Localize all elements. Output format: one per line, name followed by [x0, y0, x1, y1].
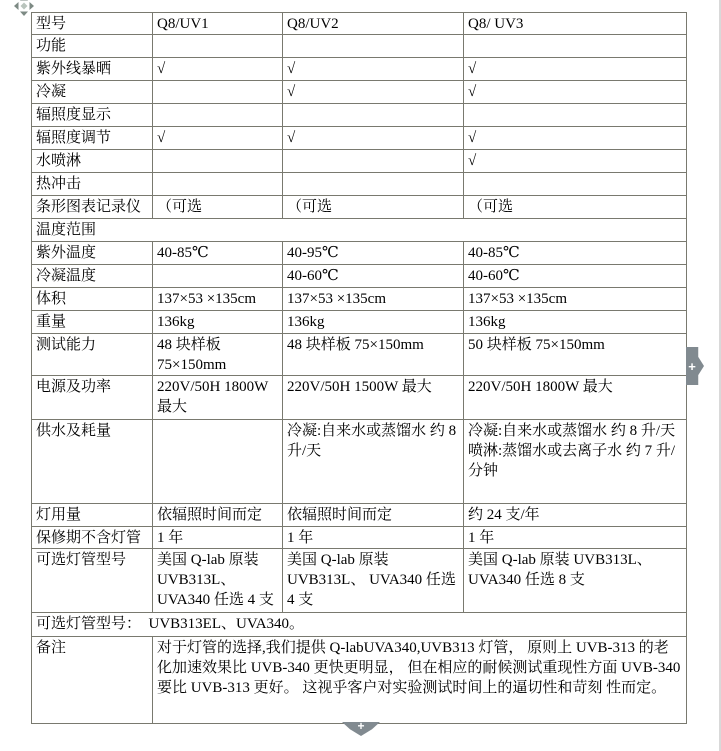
cell	[283, 35, 464, 58]
table-row: 可选灯管型号： UVB313EL、UVA340。	[32, 613, 687, 637]
cell	[464, 104, 687, 127]
row-label: 保修期不含灯管	[32, 527, 153, 549]
table-row: 紫外温度 40-85℃ 40-95℃ 40-85℃	[32, 242, 687, 265]
checkmark-cell: √	[464, 127, 687, 150]
cell: 136kg	[153, 311, 283, 334]
remarks-text: 对于灯管的选择,我们提供 Q-labUVA340,UVB313 灯管， 原则上 …	[153, 637, 687, 724]
cell: 美国 Q-lab 原装 UVB313L、 UVA340 任选 8 支	[464, 549, 687, 613]
cell: 冷凝:自来水或蒸馏水 约 8 升/天	[283, 420, 464, 504]
table-row: 供水及耗量 冷凝:自来水或蒸馏水 约 8 升/天 冷凝:自来水或蒸馏水 约 8 …	[32, 420, 687, 504]
row-label: 条形图表记录仪	[32, 196, 153, 219]
row-label: 灯用量	[32, 504, 153, 527]
table-row: 保修期不含灯管 1 年 1 年 1 年	[32, 527, 687, 549]
cell: 137×53 ×135cm	[464, 288, 687, 311]
table-row: 冷凝温度 40-60℃ 40-60℃	[32, 265, 687, 288]
cell: 137×53 ×135cm	[283, 288, 464, 311]
table-row: 冷凝 √ √	[32, 81, 687, 104]
cell: 48 块样板 75×150mm	[153, 334, 283, 376]
cell: 1 年	[283, 527, 464, 549]
cell: 50 块样板 75×150mm	[464, 334, 687, 376]
cell: 40-95℃	[283, 242, 464, 265]
cell: 220V/50H 1500W 最大	[283, 376, 464, 420]
header-uv3: Q8/ UV3	[464, 13, 687, 35]
section-header-temp-range: 温度范围	[32, 219, 687, 242]
table-row: 条形图表记录仪 （可选 （可选 （可选	[32, 196, 687, 219]
row-label: 供水及耗量	[32, 420, 153, 504]
cell: 美国 Q-lab 原装 UVB313L、UVA340 任选 4 支	[153, 549, 283, 613]
cell: 40-60℃	[283, 265, 464, 288]
table-row: 重量 136kg 136kg 136kg	[32, 311, 687, 334]
row-label: 备注	[32, 637, 153, 724]
cell	[153, 150, 283, 173]
row-label: 冷凝温度	[32, 265, 153, 288]
cell: 40-60℃	[464, 265, 687, 288]
cell: 1 年	[153, 527, 283, 549]
header-uv2: Q8/UV2	[283, 13, 464, 35]
cell: 约 24 支/年	[464, 504, 687, 527]
row-label: 辐照度显示	[32, 104, 153, 127]
cell: 136kg	[464, 311, 687, 334]
row-label: 重量	[32, 311, 153, 334]
expand-down-button[interactable]: +	[342, 722, 380, 736]
table-row: 紫外线暴晒 √ √ √	[32, 58, 687, 81]
row-label: 辐照度调节	[32, 127, 153, 150]
cell	[153, 420, 283, 504]
cell	[283, 150, 464, 173]
cell: 48 块样板 75×150mm	[283, 334, 464, 376]
row-label: 测试能力	[32, 334, 153, 376]
checkmark-cell: √	[464, 81, 687, 104]
cell	[153, 35, 283, 58]
table-row: 可选灯管型号 美国 Q-lab 原装 UVB313L、UVA340 任选 4 支…	[32, 549, 687, 613]
cell: 美国 Q-lab 原装 UVB313L、 UVA340 任选 4 支	[283, 549, 464, 613]
cell: 1 年	[464, 527, 687, 549]
row-label: 可选灯管型号	[32, 549, 153, 613]
table-row: 热冲击	[32, 173, 687, 196]
table-row: 温度范围	[32, 219, 687, 242]
cell: （可选	[153, 196, 283, 219]
table-row: 测试能力 48 块样板 75×150mm 48 块样板 75×150mm 50 …	[32, 334, 687, 376]
expand-right-button[interactable]: +	[686, 347, 704, 385]
cell: 136kg	[283, 311, 464, 334]
row-label: 紫外线暴晒	[32, 58, 153, 81]
row-label: 热冲击	[32, 173, 153, 196]
table-row: 灯用量 依辐照时间而定 依辐照时间而定 约 24 支/年	[32, 504, 687, 527]
cell: （可选	[283, 196, 464, 219]
table-row: 辐照度显示	[32, 104, 687, 127]
cell: 220V/50H 1800W 最大	[153, 376, 283, 420]
cell	[153, 265, 283, 288]
row-label: 紫外温度	[32, 242, 153, 265]
cell	[283, 173, 464, 196]
header-uv1: Q8/UV1	[153, 13, 283, 35]
checkmark-cell: √	[153, 127, 283, 150]
cell: 40-85℃	[153, 242, 283, 265]
cell: 137×53 ×135cm	[153, 288, 283, 311]
checkmark-cell: √	[464, 58, 687, 81]
table-row: 备注 对于灯管的选择,我们提供 Q-labUVA340,UVB313 灯管， 原…	[32, 637, 687, 724]
table-row: 辐照度调节 √ √ √	[32, 127, 687, 150]
cell	[153, 173, 283, 196]
row-label: 体积	[32, 288, 153, 311]
row-label: 功能	[32, 35, 153, 58]
checkmark-cell: √	[153, 58, 283, 81]
table-row: 型号 Q8/UV1 Q8/UV2 Q8/ UV3	[32, 13, 687, 35]
checkmark-cell: √	[283, 127, 464, 150]
spec-table: 型号 Q8/UV1 Q8/UV2 Q8/ UV3 功能 紫外线暴晒 √ √ √ …	[31, 12, 687, 724]
row-label: 电源及功率	[32, 376, 153, 420]
row-label: 水喷淋	[32, 150, 153, 173]
cell: 冷凝:自来水或蒸馏水 约 8 升/天 喷淋:蒸馏水或去离子水 约 7 升/分钟	[464, 420, 687, 504]
checkmark-cell: √	[464, 150, 687, 173]
table-row: 水喷淋 √	[32, 150, 687, 173]
checkmark-cell: √	[283, 58, 464, 81]
header-model-label: 型号	[32, 13, 153, 35]
table-row: 体积 137×53 ×135cm 137×53 ×135cm 137×53 ×1…	[32, 288, 687, 311]
cell	[153, 104, 283, 127]
cell: 220V/50H 1800W 最大	[464, 376, 687, 420]
checkmark-cell: √	[283, 81, 464, 104]
cell: 依辐照时间而定	[153, 504, 283, 527]
cell: 依辐照时间而定	[283, 504, 464, 527]
lamp-models-note: 可选灯管型号： UVB313EL、UVA340。	[32, 613, 687, 637]
table-row: 电源及功率 220V/50H 1800W 最大 220V/50H 1500W 最…	[32, 376, 687, 420]
cell	[464, 173, 687, 196]
plus-icon: +	[686, 360, 698, 373]
cell: 40-85℃	[464, 242, 687, 265]
cell	[153, 81, 283, 104]
cell: （可选	[464, 196, 687, 219]
row-label: 冷凝	[32, 81, 153, 104]
cell	[283, 104, 464, 127]
cell	[464, 35, 687, 58]
table-row: 功能	[32, 35, 687, 58]
plus-icon: +	[357, 722, 364, 736]
